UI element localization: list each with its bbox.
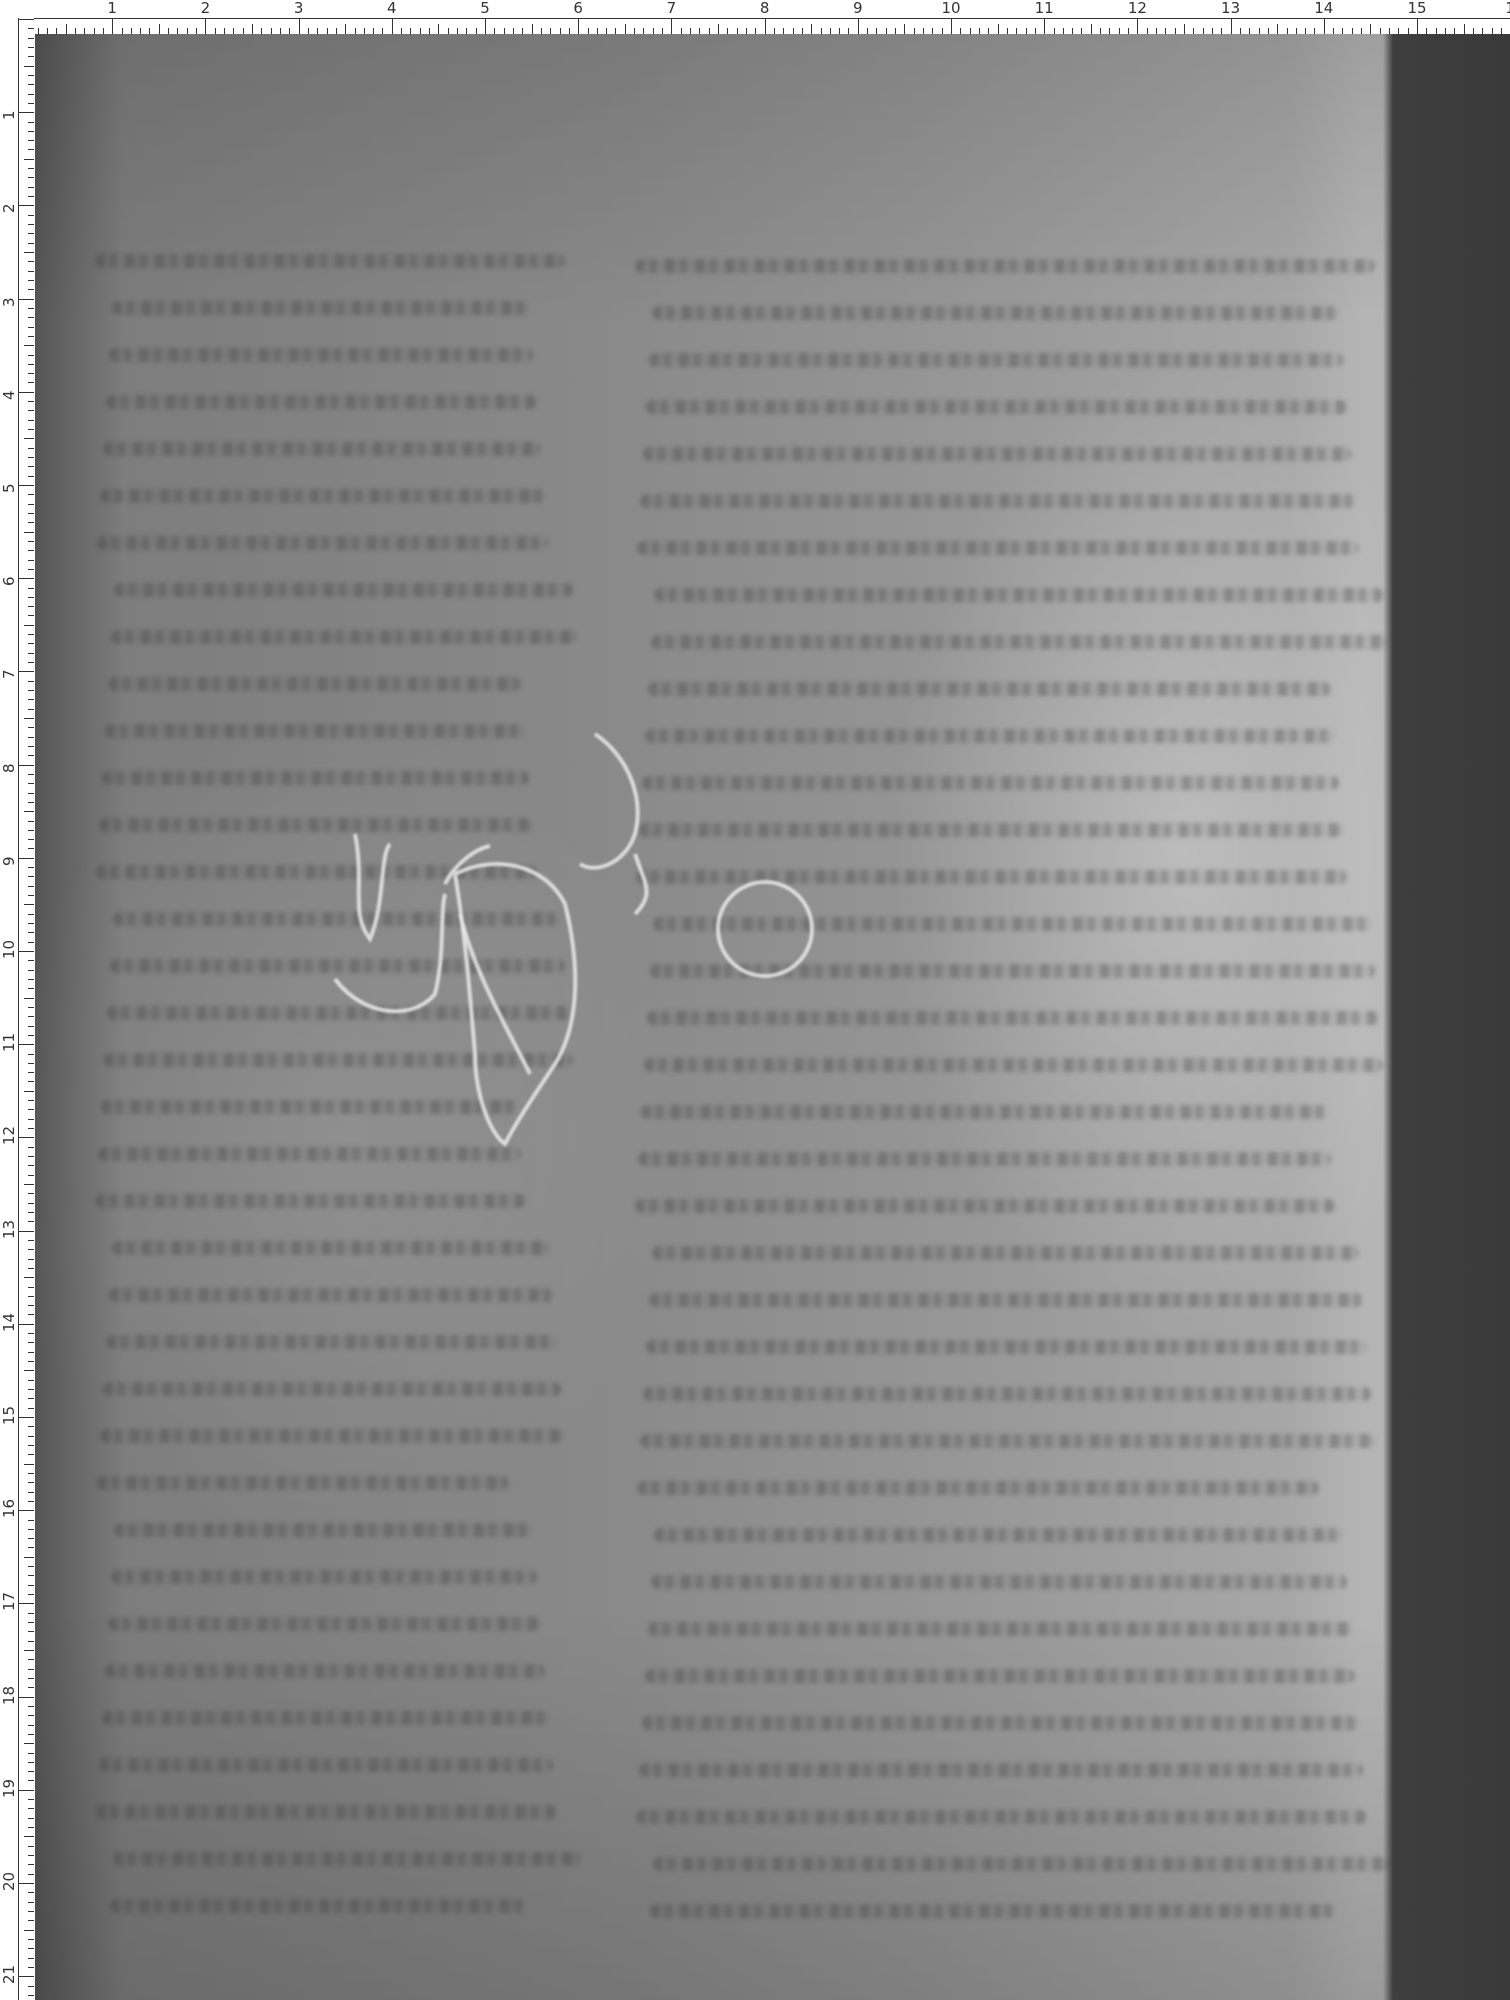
ruler-tick (28, 1398, 34, 1399)
ruler-label: 7 (667, 0, 677, 16)
ruler-tick (28, 1109, 34, 1110)
ruler-tick (28, 28, 34, 29)
ruler-tick (28, 699, 34, 700)
ruler-tick (28, 923, 34, 924)
ruler-tick (28, 1855, 34, 1856)
ruler-label: 6 (573, 0, 583, 16)
ruler-tick (28, 364, 34, 365)
ruler-tick (28, 1081, 34, 1082)
ruler-tick (28, 75, 34, 76)
ruler-label: 21 (1, 1965, 17, 1984)
ruler-tick (28, 289, 34, 290)
ruler-tick (28, 382, 34, 383)
ruler-tick (28, 522, 34, 523)
ruler-tick (28, 280, 34, 281)
ruler-tick (28, 187, 34, 188)
ruler-label: 17 (1, 1592, 17, 1611)
ruler-tick (28, 1333, 34, 1334)
ruler-tick (19, 1697, 34, 1698)
ruler-tick (28, 1939, 34, 1940)
ruler-tick (28, 327, 34, 328)
ruler-tick (998, 24, 999, 34)
ruler-tick (1137, 19, 1138, 34)
ruler-tick (28, 131, 34, 132)
ruler-tick (24, 625, 34, 626)
ruler-tick (28, 1436, 34, 1437)
ruler-tick (28, 606, 34, 607)
ruler-tick (28, 932, 34, 933)
ruler-tick (24, 532, 34, 533)
ruler-tick (1091, 24, 1092, 34)
ruler-tick (28, 895, 34, 896)
ruler-tick (28, 1986, 34, 1987)
ruler-label: 4 (387, 0, 397, 16)
horizontal-ruler-baseline (18, 18, 1510, 19)
ruler-tick (28, 1454, 34, 1455)
ruler-tick (28, 1119, 34, 1120)
bright-outline-marks (35, 34, 1510, 2000)
ruler-tick (1464, 24, 1465, 34)
ruler-tick (811, 24, 812, 34)
ruler-tick (28, 1389, 34, 1390)
ruler-tick (532, 24, 533, 34)
ruler-tick (28, 1361, 34, 1362)
ruler-tick (28, 550, 34, 551)
ruler-label: 19 (1, 1779, 17, 1798)
ruler-tick (28, 634, 34, 635)
ruler-tick (28, 783, 34, 784)
ruler-tick (19, 299, 34, 300)
ruler-tick (252, 24, 253, 34)
ruler-tick (28, 839, 34, 840)
ruler-tick (24, 345, 34, 346)
ruler-tick (19, 578, 34, 579)
ruler-tick (28, 615, 34, 616)
ruler-tick (28, 1734, 34, 1735)
ruler-tick (28, 1408, 34, 1409)
ruler-tick (24, 1836, 34, 1837)
ruler-tick (28, 1846, 34, 1847)
ruler-tick (28, 177, 34, 178)
ruler-tick (28, 410, 34, 411)
ruler-tick (28, 569, 34, 570)
ruler-tick (28, 1678, 34, 1679)
ruler-tick (19, 1137, 34, 1138)
ruler-tick (28, 886, 34, 887)
horizontal-ruler: 01234567891011121314151 (0, 0, 1510, 34)
ruler-tick (28, 168, 34, 169)
ruler-tick (28, 1641, 34, 1642)
ruler-tick (28, 140, 34, 141)
ruler-tick (28, 1268, 34, 1269)
ruler-tick (19, 205, 34, 206)
ruler-tick (24, 159, 34, 160)
ruler-tick (28, 103, 34, 104)
ruler-tick (28, 1892, 34, 1893)
ruler-tick (28, 373, 34, 374)
ruler-tick (28, 1492, 34, 1493)
ruler-tick (19, 392, 34, 393)
ruler-tick (1324, 19, 1325, 34)
ruler-tick (28, 1473, 34, 1474)
ruler-label: 1 (107, 0, 117, 16)
manuscript-scan (35, 34, 1510, 2000)
ruler-tick (28, 1864, 34, 1865)
ruler-tick (28, 1529, 34, 1530)
ruler-tick (205, 19, 206, 34)
ruler-tick (28, 1426, 34, 1427)
ruler-tick (904, 24, 905, 34)
ruler-tick (28, 466, 34, 467)
ruler-tick (28, 215, 34, 216)
ruler-label: 3 (1, 297, 17, 307)
ruler-tick (28, 1203, 34, 1204)
ruler-tick (28, 94, 34, 95)
ruler-tick (1370, 24, 1371, 34)
ruler-tick (24, 1184, 34, 1185)
ruler-tick (19, 1044, 34, 1045)
ruler-label: 3 (294, 0, 304, 16)
ruler-tick (28, 1305, 34, 1306)
ruler-tick (28, 1147, 34, 1148)
ruler-tick (112, 19, 113, 34)
ruler-label: 11 (1, 1033, 17, 1052)
ruler-label: 8 (1, 763, 17, 773)
ruler-tick (28, 1296, 34, 1297)
ruler-tick (28, 560, 34, 561)
ruler-tick (19, 1603, 34, 1604)
ruler-tick (28, 1659, 34, 1660)
ruler-tick (28, 1827, 34, 1828)
ruler-tick (28, 1818, 34, 1819)
ruler-tick (28, 420, 34, 421)
ruler-label: 10 (1, 940, 17, 959)
ruler-tick (28, 1445, 34, 1446)
ruler-tick (1184, 24, 1185, 34)
ruler-label: 16 (1, 1499, 17, 1518)
ruler-tick (28, 830, 34, 831)
ruler-label: 2 (201, 0, 211, 16)
ruler-tick (28, 1221, 34, 1222)
ruler-tick (28, 802, 34, 803)
ruler-tick (28, 1706, 34, 1707)
ruler-label: 2 (1, 204, 17, 214)
ruler-tick (28, 970, 34, 971)
ruler-tick (28, 1725, 34, 1726)
ruler-tick (1277, 24, 1278, 34)
ruler-tick (28, 1175, 34, 1176)
ruler-tick (28, 1287, 34, 1288)
ruler-tick (28, 1613, 34, 1614)
ruler-tick (28, 1958, 34, 1959)
ruler-tick (28, 979, 34, 980)
ruler-tick (28, 429, 34, 430)
ruler-tick (28, 1501, 34, 1502)
ruler-label: 11 (1035, 0, 1054, 16)
ruler-tick (28, 1995, 34, 1996)
ruler-tick (28, 1352, 34, 1353)
ruler-tick (28, 709, 34, 710)
ruler-label: 12 (1128, 0, 1147, 16)
ruler-tick (28, 1771, 34, 1772)
ruler-tick (299, 19, 300, 34)
ruler-tick (19, 1790, 34, 1791)
ruler-tick (28, 1753, 34, 1754)
ruler-tick (24, 1557, 34, 1558)
ruler-tick (28, 1380, 34, 1381)
ruler-tick (24, 1091, 34, 1092)
ruler-tick (28, 1072, 34, 1073)
ruler-tick (28, 774, 34, 775)
ruler-tick (28, 84, 34, 85)
ruler-tick (28, 271, 34, 272)
ruler-tick (28, 653, 34, 654)
ruler-tick (28, 1594, 34, 1595)
ruler-label: 10 (941, 0, 960, 16)
dark-background-strip (1383, 34, 1510, 2000)
ruler-tick (19, 1510, 34, 1511)
ruler-tick (19, 112, 34, 113)
ruler-tick (28, 122, 34, 123)
ruler-tick (28, 848, 34, 849)
ruler-tick (28, 1631, 34, 1632)
ruler-tick (1044, 19, 1045, 34)
ruler-label: 13 (1221, 0, 1240, 16)
ruler-tick (485, 19, 486, 34)
ruler-tick (28, 1874, 34, 1875)
ruler-tick (19, 858, 34, 859)
ruler-tick (28, 876, 34, 877)
ruler-tick (28, 56, 34, 57)
ruler-tick (28, 494, 34, 495)
ruler-label: 15 (1, 1406, 17, 1425)
ruler-tick (28, 662, 34, 663)
ruler-tick (28, 1520, 34, 1521)
ruler-tick (28, 149, 34, 150)
ruler-tick (28, 1482, 34, 1483)
ruler-tick (28, 261, 34, 262)
ruler-tick (765, 19, 766, 34)
ruler-tick (28, 746, 34, 747)
ruler-label: 13 (1, 1220, 17, 1239)
ruler-tick (24, 1370, 34, 1371)
ruler-tick (19, 1883, 34, 1884)
ruler-tick (28, 1948, 34, 1949)
ruler-tick (28, 914, 34, 915)
ruler-tick (24, 811, 34, 812)
ruler-tick (24, 1464, 34, 1465)
ruler-tick (28, 448, 34, 449)
ruler-tick (28, 1808, 34, 1809)
ruler-tick (24, 438, 34, 439)
ruler-tick (28, 1575, 34, 1576)
ruler-tick (19, 1417, 34, 1418)
ruler-label: 14 (1314, 0, 1333, 16)
ruler-label: 7 (1, 670, 17, 680)
ruler-tick (28, 681, 34, 682)
ruler-tick (19, 19, 34, 20)
ruler-label: 15 (1407, 0, 1426, 16)
ruler-label: 9 (853, 0, 863, 16)
ruler-tick (19, 1976, 34, 1977)
ruler-tick (28, 233, 34, 234)
ruler-tick (345, 24, 346, 34)
ruler-tick (28, 38, 34, 39)
ruler-tick (28, 1054, 34, 1055)
ruler-tick (28, 1967, 34, 1968)
ruler-tick (28, 1035, 34, 1036)
ruler-tick (28, 1259, 34, 1260)
ruler-tick (28, 597, 34, 598)
ruler-label: 5 (480, 0, 490, 16)
ruler-tick (28, 1762, 34, 1763)
ruler-tick (28, 308, 34, 309)
ruler-label: 4 (1, 390, 17, 400)
ruler-tick (28, 401, 34, 402)
ruler-tick (28, 588, 34, 589)
ruler-tick (28, 1902, 34, 1903)
ruler-label: 5 (1, 483, 17, 493)
ruler-tick (718, 24, 719, 34)
ruler-tick (28, 317, 34, 318)
ruler-tick (24, 904, 34, 905)
ruler-tick (28, 1566, 34, 1567)
ruler-tick (578, 19, 579, 34)
ruler-tick (438, 24, 439, 34)
ruler-tick (24, 66, 34, 67)
ruler-tick (28, 513, 34, 514)
ruler-tick (28, 1026, 34, 1027)
ruler-tick (28, 1799, 34, 1800)
ruler-tick (28, 690, 34, 691)
ruler-tick (24, 1930, 34, 1931)
ruler-tick (28, 960, 34, 961)
ruler-tick (28, 355, 34, 356)
ruler-tick (28, 1911, 34, 1912)
ruler-tick (28, 1193, 34, 1194)
ruler-tick (28, 942, 34, 943)
ruler-tick (28, 1156, 34, 1157)
ruler-tick (66, 24, 67, 34)
ruler-tick (1417, 19, 1418, 34)
ruler-tick (28, 1165, 34, 1166)
ruler-tick (28, 243, 34, 244)
ruler-tick (159, 24, 160, 34)
ruler-label: 6 (1, 577, 17, 587)
ruler-tick (951, 19, 952, 34)
ruler-label: 9 (1, 856, 17, 866)
ruler-tick (28, 643, 34, 644)
ruler-tick (28, 1342, 34, 1343)
ruler-tick (28, 1920, 34, 1921)
ruler-tick (24, 1650, 34, 1651)
ruler-tick (28, 1585, 34, 1586)
ruler-tick (28, 1063, 34, 1064)
ruler-label: 12 (1, 1126, 17, 1145)
ruler-tick (28, 1669, 34, 1670)
ruler-tick (19, 1231, 34, 1232)
ruler-tick (28, 1212, 34, 1213)
ruler-tick (19, 951, 34, 952)
ruler-tick (28, 196, 34, 197)
ruler-tick (19, 1324, 34, 1325)
ruler-tick (28, 1128, 34, 1129)
ruler-tick (28, 224, 34, 225)
ruler-label: 1 (1, 111, 17, 121)
ruler-tick (24, 998, 34, 999)
ruler-tick (1231, 19, 1232, 34)
ruler-tick (28, 1240, 34, 1241)
ruler-tick (28, 988, 34, 989)
ruler-tick (24, 1743, 34, 1744)
ruler-tick (28, 1100, 34, 1101)
ruler-tick (28, 1547, 34, 1548)
vertical-ruler: 123456789101112131415161718192021 (0, 0, 34, 2000)
ruler-tick (19, 765, 34, 766)
ruler-label: 20 (1, 1872, 17, 1891)
ruler-label: 14 (1, 1313, 17, 1332)
ruler-tick (28, 504, 34, 505)
ruler-tick (858, 19, 859, 34)
ruler-tick (19, 485, 34, 486)
ruler-tick (28, 1538, 34, 1539)
ruler-tick (28, 1314, 34, 1315)
ruler-tick (28, 1249, 34, 1250)
ruler-tick (392, 19, 393, 34)
ruler-tick (28, 1687, 34, 1688)
ruler-label: 18 (1, 1686, 17, 1705)
ruler-tick (28, 737, 34, 738)
ruler-tick (28, 457, 34, 458)
ruler-tick (28, 336, 34, 337)
ruler-tick (28, 1016, 34, 1017)
ruler-tick (28, 1715, 34, 1716)
ruler-label: 8 (760, 0, 770, 16)
ruler-tick (28, 867, 34, 868)
ruler-tick (24, 718, 34, 719)
ruler-tick (28, 476, 34, 477)
ruler-tick (28, 727, 34, 728)
ruler-tick (28, 755, 34, 756)
ruler-tick (28, 47, 34, 48)
ruler-tick (28, 541, 34, 542)
ruler-tick (28, 1007, 34, 1008)
ruler-tick (28, 1780, 34, 1781)
ruler-tick (28, 821, 34, 822)
ruler-tick (671, 19, 672, 34)
vertical-ruler-baseline (18, 18, 19, 2000)
ruler-tick (19, 671, 34, 672)
ruler-tick (24, 252, 34, 253)
ruler-tick (24, 1277, 34, 1278)
ruler-tick (625, 24, 626, 34)
ruler-tick (28, 1622, 34, 1623)
ruler-label: 1 (1505, 0, 1510, 16)
ruler-tick (28, 793, 34, 794)
